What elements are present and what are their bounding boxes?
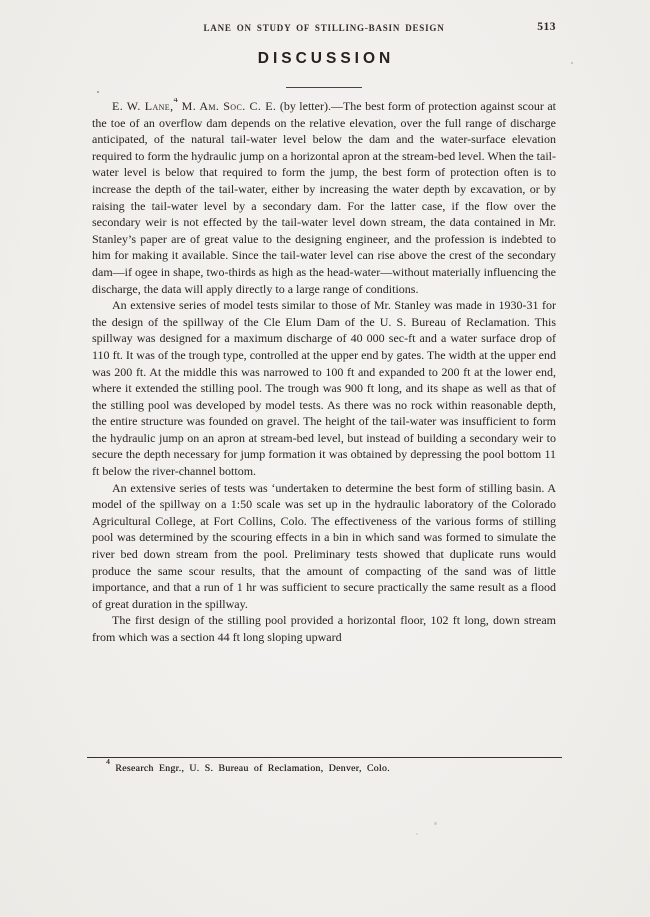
paragraph-2: An extensive series of model tests simil… (92, 297, 556, 480)
title-rule (286, 87, 362, 88)
scan-speck (416, 833, 418, 835)
paragraph-4: The first design of the stilling pool pr… (92, 612, 556, 645)
scan-speck (434, 822, 437, 825)
scan-speck (571, 62, 573, 64)
paragraph-3: An extensive series of tests was ‘undert… (92, 480, 556, 613)
running-header-title: LANE ON STUDY OF STILLING-BASIN DESIGN (92, 23, 556, 33)
author-name: E. W. Lane, (112, 99, 174, 113)
paragraph-1: E. W. Lane,4 M. Am. Soc. C. E. (by lette… (92, 98, 556, 297)
footnote-text: 4 Research Engr., U. S. Bureau of Reclam… (87, 762, 562, 775)
footnote-marker: 4 (106, 757, 110, 766)
footnote-block: 4 Research Engr., U. S. Bureau of Reclam… (87, 757, 562, 775)
paragraph-1-text: (by letter).—The best form of protection… (92, 99, 556, 296)
footnote-marker-inline: 4 (174, 98, 178, 104)
scan-speck (97, 91, 99, 93)
footnote-body: Research Engr., U. S. Bureau of Reclamat… (110, 763, 390, 774)
running-header: LANE ON STUDY OF STILLING-BASIN DESIGN 5… (92, 23, 556, 33)
author-affiliation: M. Am. Soc. C. E. (178, 99, 277, 113)
section-title: DISCUSSION (92, 50, 556, 68)
body-text: E. W. Lane,4 M. Am. Soc. C. E. (by lette… (92, 98, 556, 756)
document-page: LANE ON STUDY OF STILLING-BASIN DESIGN 5… (0, 0, 650, 917)
page-number: 513 (537, 21, 556, 33)
